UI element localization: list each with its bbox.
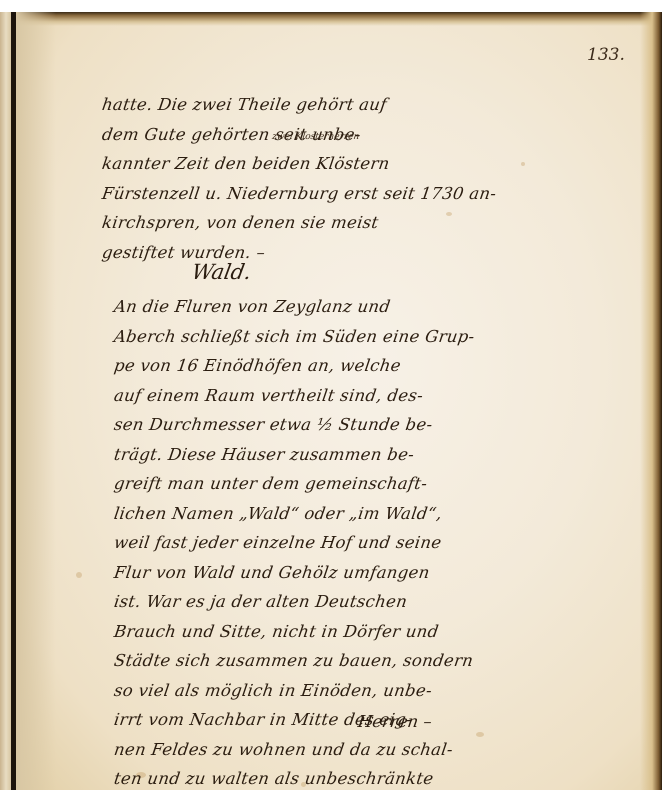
section-body: An die Fluren von Zeyglanz und Aberch sc… — [112, 292, 582, 790]
text-line: ist. War es ja der alten Deutschen — [112, 587, 586, 617]
page-shadow — [16, 12, 56, 790]
text-line: weil fast jeder einzelne Hof und seine — [112, 528, 586, 558]
text-line: kannter Zeit den beiden Klöstern — [100, 149, 584, 179]
text-line: irrt vom Nachbar in Mitte des eig- — [112, 705, 586, 735]
manuscript-scan: 133. hatte. Die zwei Theile gehört auf d… — [0, 0, 672, 800]
closing-word: Herren – — [357, 712, 433, 731]
manuscript-page: 133. hatte. Die zwei Theile gehört auf d… — [16, 12, 662, 790]
page-number: 133. — [587, 45, 625, 65]
text-line: ten und zu walten als unbeschränkte — [112, 764, 586, 790]
intro-paragraph: hatte. Die zwei Theile gehört auf dem Gu… — [100, 90, 580, 267]
text-line: trägt. Diese Häuser zusammen be- — [112, 440, 586, 470]
text-line: pe von 16 Einödhöfen an, welche — [112, 351, 586, 381]
text-line: lichen Namen „Wald“ oder „im Wald“, — [112, 499, 586, 529]
paper-stain — [76, 572, 82, 578]
section-heading: Wald. — [190, 260, 253, 284]
text-line: auf einem Raum vertheilt sind, des- — [112, 381, 586, 411]
text-line: gestiftet wurden. – — [100, 238, 584, 268]
text-line: Aberch schließt sich im Süden eine Grup- — [112, 322, 586, 352]
text-line: Flur von Wald und Gehölz umfangen — [112, 558, 586, 588]
scan-margin — [0, 790, 672, 800]
text-line: Fürstenzell u. Niedernburg erst seit 173… — [100, 179, 584, 209]
text-line: kirchspren, von denen sie meist — [100, 208, 584, 238]
interlinear-insertion: zwei Klosterherren — [271, 132, 360, 142]
text-line: so viel als möglich in Einöden, unbe- — [112, 676, 586, 706]
text-line: nen Feldes zu wohnen und da zu schal- — [112, 735, 586, 765]
text-line: hatte. Die zwei Theile gehört auf — [100, 90, 584, 120]
text-line: Städte sich zusammen zu bauen, sondern — [112, 646, 586, 676]
text-line: An die Fluren von Zeyglanz und — [112, 292, 586, 322]
text-line: greift man unter dem gemeinschaft- — [112, 469, 586, 499]
text-line: sen Durchmesser etwa ½ Stunde be- — [112, 410, 586, 440]
text-line: Brauch und Sitte, nicht in Dörfer und — [112, 617, 586, 647]
